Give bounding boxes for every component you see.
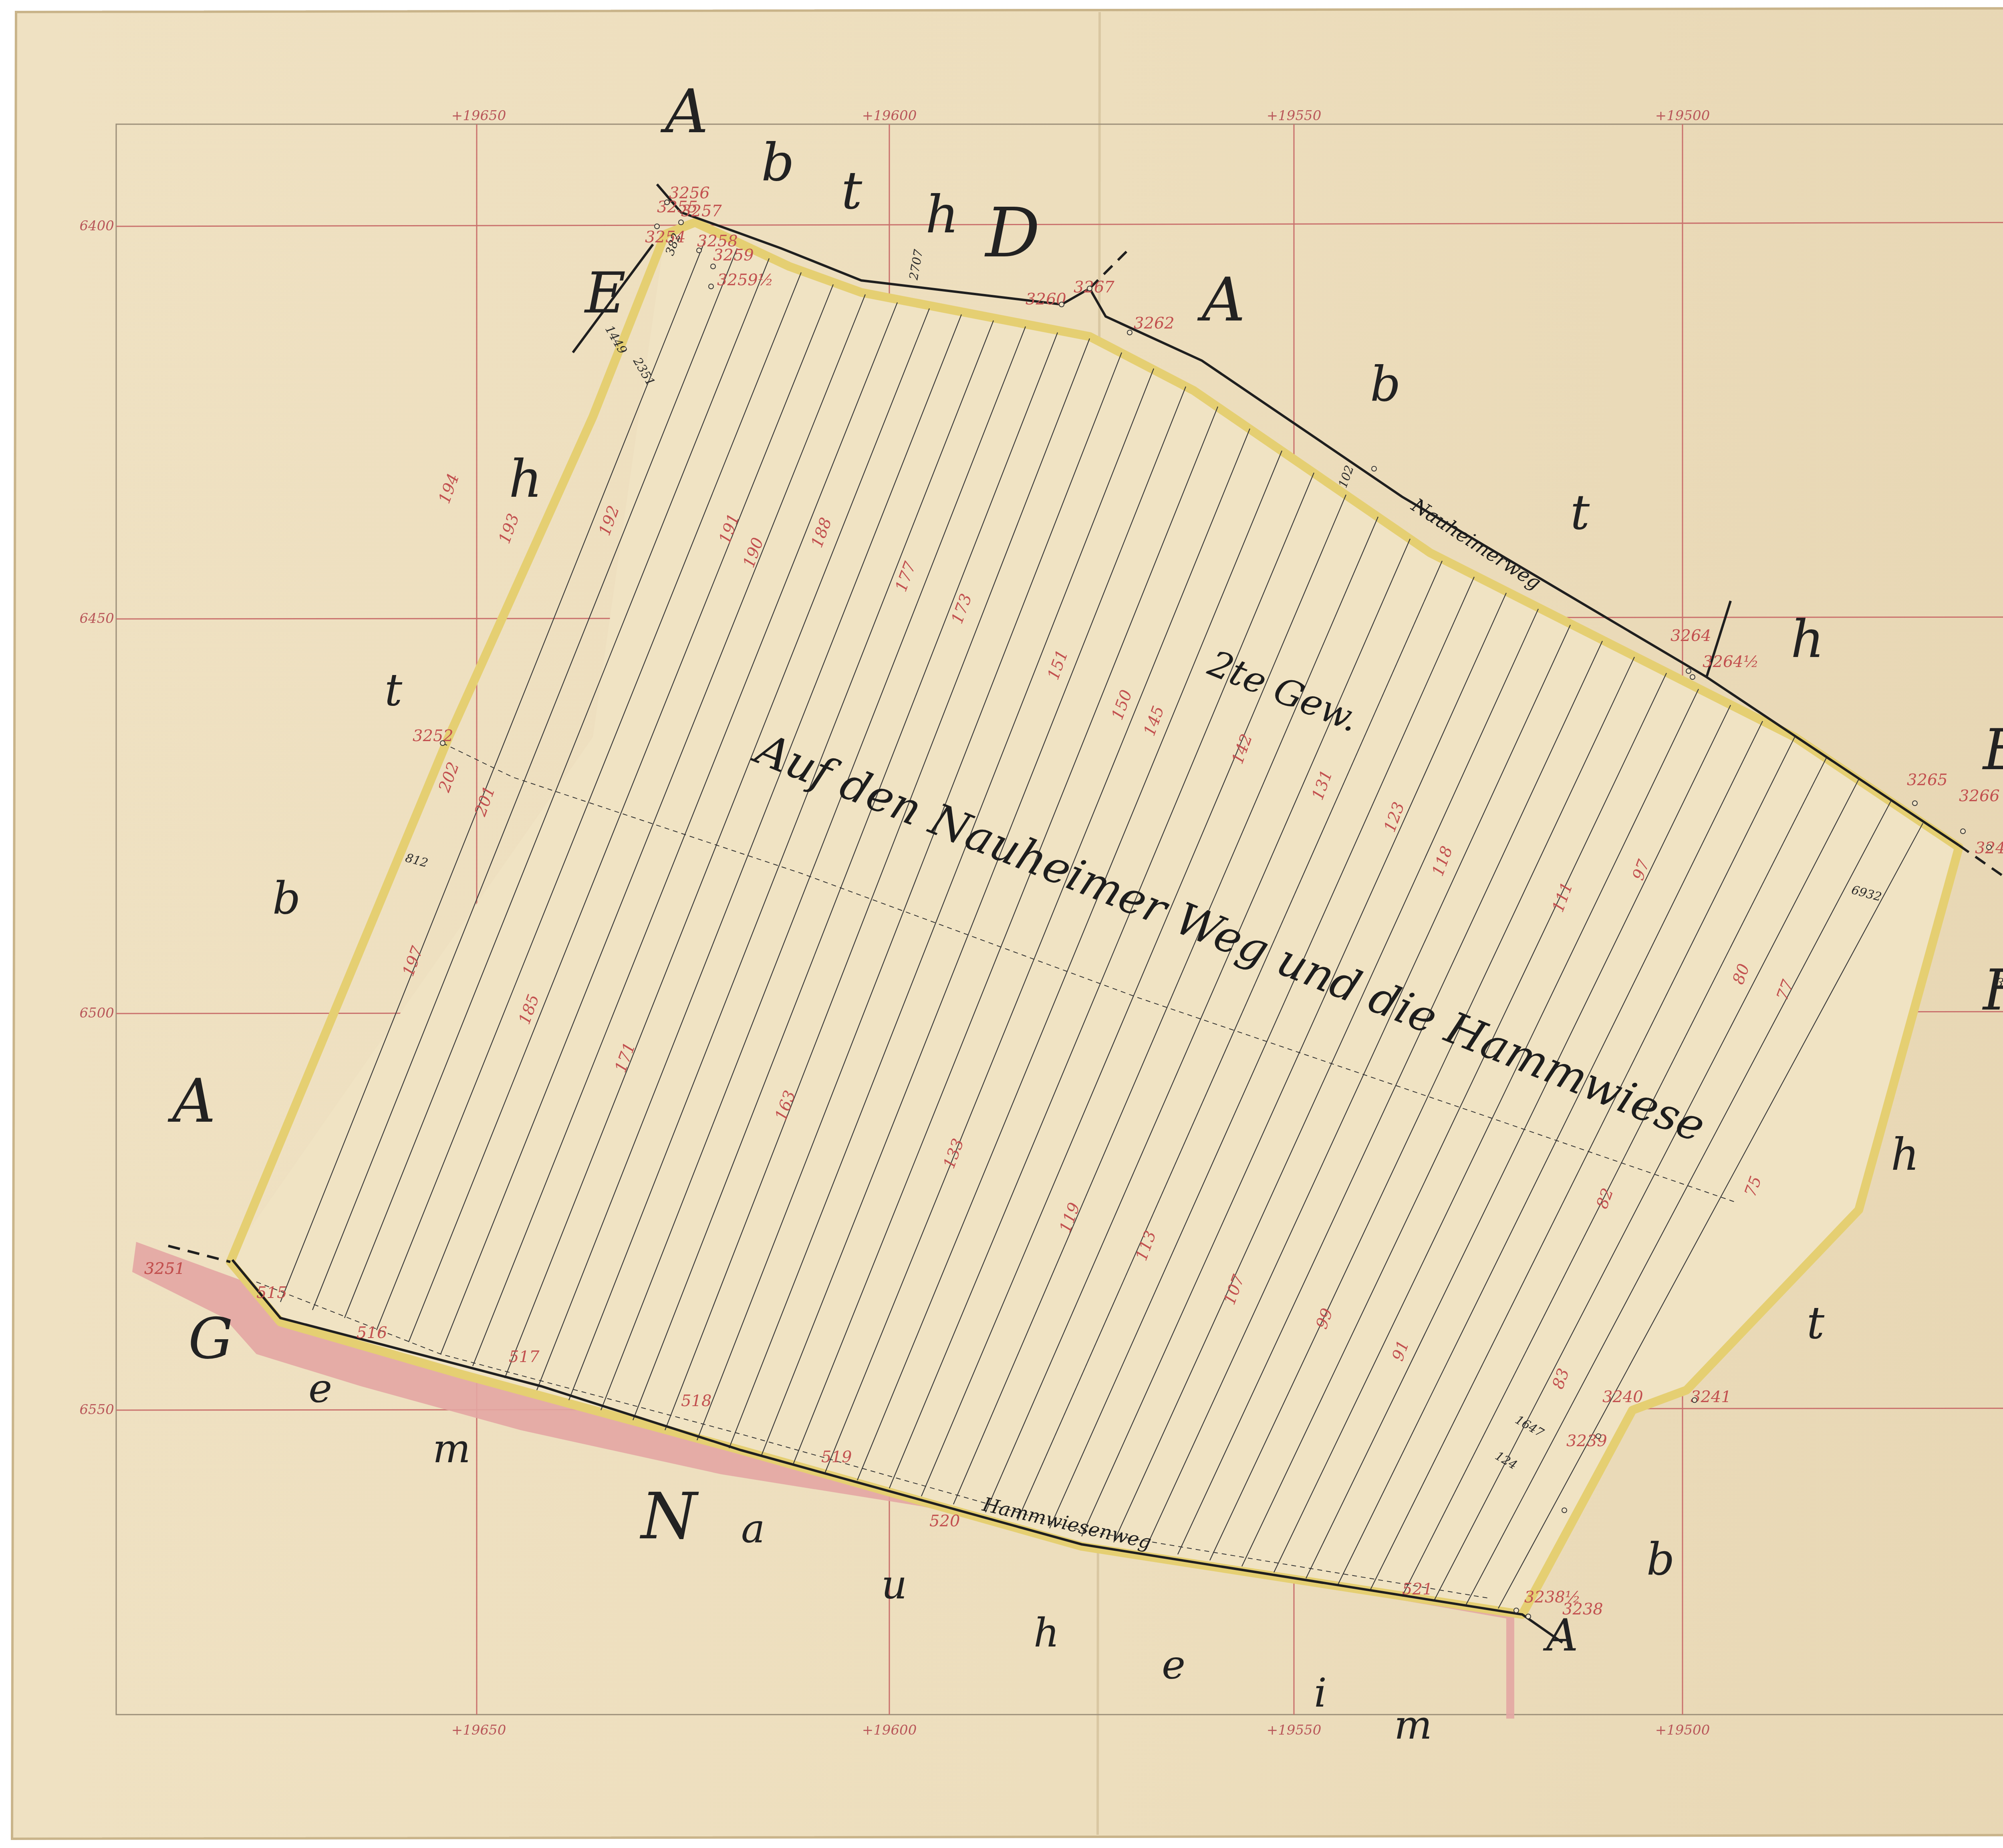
- svg-text:+19600: +19600: [862, 108, 917, 124]
- svg-text:F: F: [1982, 958, 2003, 1023]
- svg-text:3266: 3266: [1959, 787, 2000, 805]
- svg-text:3252: 3252: [413, 727, 453, 745]
- svg-text:h: h: [509, 448, 542, 509]
- svg-text:b: b: [761, 132, 794, 193]
- svg-text:3259½: 3259½: [717, 271, 774, 289]
- svg-text:3265: 3265: [1907, 771, 1948, 789]
- svg-text:3257: 3257: [681, 202, 722, 220]
- svg-text:515: 515: [256, 1284, 287, 1302]
- svg-text:t: t: [385, 664, 403, 715]
- svg-text:e: e: [308, 1365, 332, 1412]
- svg-text:6400: 6400: [79, 218, 114, 234]
- svg-text:3256: 3256: [669, 184, 710, 202]
- svg-text:u: u: [881, 1561, 907, 1608]
- svg-text:3239: 3239: [1566, 1432, 1607, 1450]
- svg-text:A: A: [1197, 265, 1245, 335]
- svg-text:h: h: [1891, 1129, 1919, 1180]
- svg-text:a: a: [741, 1505, 765, 1552]
- svg-text:6500: 6500: [79, 1005, 114, 1021]
- svg-text:i: i: [1314, 1669, 1327, 1716]
- svg-text:h: h: [1791, 609, 1824, 669]
- svg-text:h: h: [925, 184, 959, 245]
- svg-text:3264½: 3264½: [1703, 653, 1759, 671]
- svg-text:t: t: [1807, 1297, 1825, 1348]
- svg-text:N: N: [639, 1479, 699, 1554]
- svg-text:E: E: [584, 261, 626, 326]
- svg-text:+19500: +19500: [1655, 108, 1710, 124]
- svg-text:G: G: [188, 1306, 233, 1372]
- svg-text:3251: 3251: [144, 1260, 185, 1278]
- svg-text:t: t: [841, 160, 862, 221]
- svg-text:m: m: [433, 1425, 471, 1472]
- svg-text:3264: 3264: [1671, 627, 1711, 645]
- svg-text:518: 518: [681, 1392, 711, 1410]
- svg-text:6450: 6450: [79, 611, 114, 627]
- svg-text:3262: 3262: [1134, 314, 1175, 333]
- svg-text:+19650: +19650: [451, 1722, 506, 1738]
- svg-text:m: m: [1394, 1701, 1432, 1748]
- svg-text:+19550: +19550: [1267, 108, 1322, 124]
- svg-text:E: E: [1982, 717, 2003, 783]
- svg-text:b: b: [1646, 1534, 1675, 1585]
- cadastral-map-sheet: +19650 +19600 +19550 +19500 +19450 +1965…: [0, 0, 2003, 1848]
- svg-text:519: 519: [821, 1448, 852, 1466]
- svg-text:520: 520: [929, 1512, 960, 1530]
- svg-text:t: t: [1570, 485, 1590, 540]
- svg-text:3238½: 3238½: [1524, 1588, 1581, 1606]
- svg-text:h: h: [1034, 1609, 1059, 1656]
- map-canvas: +19650 +19600 +19550 +19500 +19450 +1965…: [0, 0, 2003, 1848]
- svg-text:b: b: [1370, 357, 1401, 412]
- svg-text:+19500: +19500: [1655, 1722, 1710, 1738]
- svg-text:D: D: [984, 193, 1040, 273]
- svg-text:3241: 3241: [1691, 1388, 1731, 1406]
- svg-text:517: 517: [509, 1348, 540, 1366]
- svg-text:+19650: +19650: [451, 108, 506, 124]
- svg-text:6550: 6550: [79, 1402, 114, 1418]
- svg-text:A: A: [167, 1066, 216, 1136]
- svg-text:3259: 3259: [713, 246, 754, 264]
- svg-text:516: 516: [357, 1324, 387, 1342]
- svg-text:+19550: +19550: [1267, 1722, 1322, 1738]
- svg-text:521: 521: [1402, 1580, 1433, 1598]
- svg-text:A: A: [660, 77, 708, 147]
- svg-text:3240: 3240: [1602, 1388, 1643, 1406]
- svg-text:e: e: [1162, 1641, 1185, 1688]
- svg-text:+19600: +19600: [862, 1722, 917, 1738]
- svg-text:b: b: [272, 873, 300, 924]
- svg-text:3267: 3267: [1074, 278, 1114, 296]
